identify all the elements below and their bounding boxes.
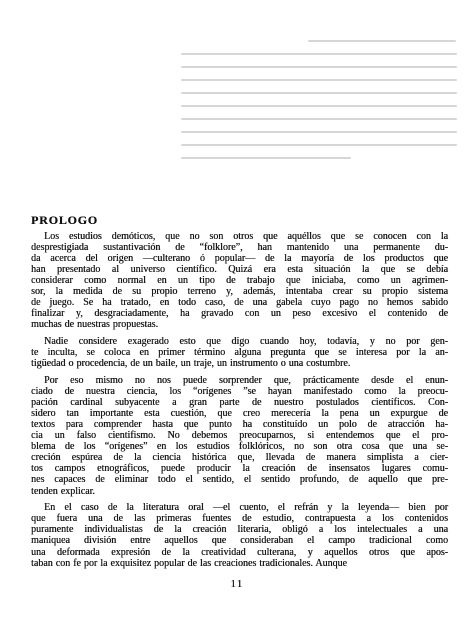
showthrough-text-line [181, 53, 457, 55]
text-line: Nadie considere exagerado esto que digo … [31, 336, 448, 347]
text-line: te inculta, se coloca en primer término … [31, 347, 448, 358]
scanned-book-page: PROLOGO Los estudios demóticos, que no s… [0, 0, 474, 632]
text-line: Por eso mismo no nos puede sorprender qu… [31, 375, 448, 386]
showthrough-text-line [181, 157, 351, 159]
reverse-page-showthrough-block [0, 0, 474, 200]
page-title: PROLOGO [31, 214, 448, 226]
text-line: creción espúrea de la ciencia histórica … [31, 452, 448, 463]
text-line: textos para comprender hasta que punto h… [31, 419, 448, 430]
text-line: finalizar y, desgraciadamente, ha gravad… [31, 308, 448, 319]
text-line: han presentado al universo científico. Q… [31, 264, 448, 275]
showthrough-text-line [308, 40, 456, 42]
showthrough-text-line [181, 131, 457, 133]
paragraph: Por eso mismo no nos puede sorprender qu… [31, 375, 448, 497]
showthrough-text-line [181, 66, 457, 68]
text-line: muchas de nuestras propuestas. [31, 319, 448, 330]
text-line: ciado de nuestra ciencia, los “orígenes … [31, 386, 448, 397]
text-column: PROLOGO Los estudios demóticos, que no s… [31, 214, 448, 569]
page-number: 11 [0, 579, 474, 590]
text-line: puramente individualistas de la creación… [31, 524, 448, 535]
text-line: cia un falso cientifismo. No debemos pre… [31, 430, 448, 441]
text-line: tigüedad o procedencia, de un baile, un … [31, 358, 448, 369]
showthrough-text-line [181, 105, 457, 107]
text-line: desprestigiada sustantivación de “folklo… [31, 242, 448, 253]
text-line: Los estudios demóticos, que no son otros… [31, 231, 448, 242]
paragraph: Nadie considere exagerado esto que digo … [31, 336, 448, 369]
text-line: tos campos etnográficos, puede producir … [31, 463, 448, 474]
text-line: de juego. Se ha tratado, en todo caso, d… [31, 297, 448, 308]
paragraph: En el caso de la literatura oral —el cue… [31, 502, 448, 569]
text-line: que fuera una de las primeras fuentes de… [31, 513, 448, 524]
text-line: maniquea división entre aquellos que con… [31, 535, 448, 546]
text-line: pación cardinal subyacente a gran parte … [31, 397, 448, 408]
showthrough-text-line [181, 79, 457, 81]
text-line: da acerca del origen —culterano ó popula… [31, 253, 448, 264]
text-line: tenden explicar. [31, 486, 448, 497]
text-line: taban con fe por la exquisitez popular d… [31, 558, 448, 569]
showthrough-text-line [181, 118, 457, 120]
text-line: sidero tan importante esta cuestión, que… [31, 408, 448, 419]
text-line: En el caso de la literatura oral —el cue… [31, 502, 448, 513]
body-text: Los estudios demóticos, que no son otros… [31, 231, 448, 569]
text-line: una deformada expresión de la creativida… [31, 547, 448, 558]
text-line: blema de los “orígenes” en los estudios … [31, 441, 448, 452]
paragraph: Los estudios demóticos, que no son otros… [31, 231, 448, 331]
text-line: nes capaces de eliminar todo el sentido,… [31, 474, 448, 485]
text-line: sor, la medida de su propio terreno y, a… [31, 286, 448, 297]
text-line: considerar como normal en un tipo de tra… [31, 275, 448, 286]
showthrough-text-line [181, 92, 457, 94]
showthrough-text-line [181, 144, 457, 146]
